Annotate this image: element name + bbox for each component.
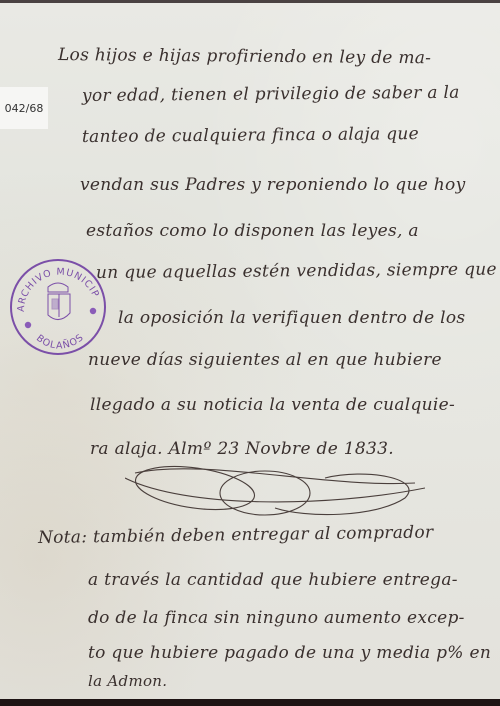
body-line-1: Los hijos e hijas profiriendo en ley de … bbox=[58, 45, 431, 68]
signature-flourish bbox=[125, 458, 425, 528]
body-line-10-date: ra alaja. Almº 23 Novbre de 1833. bbox=[90, 439, 394, 459]
scan-bottom-edge bbox=[0, 699, 500, 706]
archive-reference-text: 042/68 bbox=[5, 102, 44, 115]
note-line-2: a través la cantidad que hubiere entrega… bbox=[88, 570, 458, 590]
note-line-3: do de la finca sin ninguno aumento excep… bbox=[88, 608, 465, 628]
body-line-5: estaños como lo disponen las leyes, a bbox=[86, 221, 419, 241]
note-line-4: to que hubiere pagado de una y media p% … bbox=[88, 643, 491, 663]
note-line-1: Nota: también deben entregar al comprado… bbox=[38, 522, 434, 548]
archive-reference-label: 042/68 bbox=[0, 87, 48, 129]
manuscript-page: 042/68 Los hijos e hijas profiriendo en … bbox=[0, 3, 500, 699]
archive-stamp: ARCHIVO MUNICIPAL BOLAÑOS bbox=[8, 257, 108, 357]
body-line-3: tanteo de cualquiera finca o alaja que bbox=[82, 124, 419, 147]
stamp-dot-right-icon bbox=[90, 308, 96, 314]
body-line-2: yor edad, tienen el privilegio de saber … bbox=[82, 83, 460, 106]
stamp-dot-left-icon bbox=[25, 322, 31, 328]
note-line-5: la Admon. bbox=[88, 672, 167, 690]
body-line-4: vendan sus Padres y reponiendo lo que ho… bbox=[80, 175, 465, 195]
body-line-9: llegado a su noticia la venta de cualqui… bbox=[90, 395, 455, 415]
body-line-6: un que aquellas estén vendidas, siempre … bbox=[96, 260, 497, 283]
body-line-7: la oposición la verifiquen dentro de los bbox=[118, 308, 465, 328]
body-line-8: nueve días siguientes al en que hubiere bbox=[88, 350, 442, 370]
